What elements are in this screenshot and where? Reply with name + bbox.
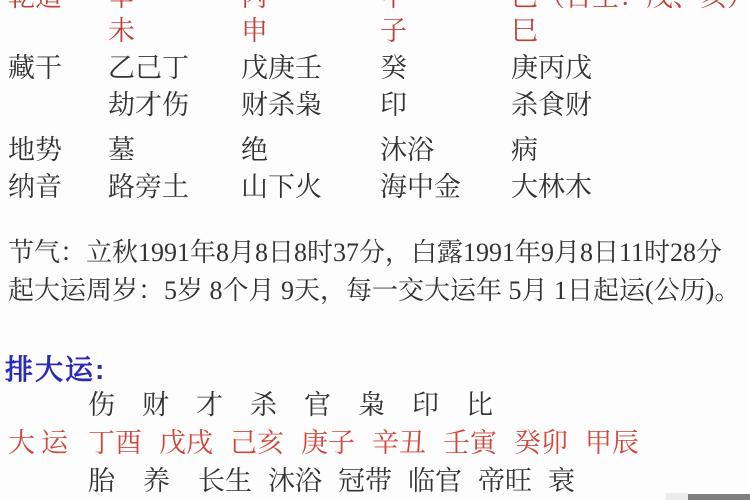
ten-gods-day: 印 [377,87,508,124]
dayun-ten-god: 官 [304,390,331,420]
hidden-stems-hour: 庚丙戊 [508,50,750,87]
dayun-ten-god: 才 [196,390,223,420]
day-stem: 甲 [377,0,508,13]
hidden-stems-year: 乙己丁 [105,50,238,87]
year-stem: 辛 [105,0,238,13]
dayun-stage: 长生 [198,466,252,496]
progress-bar-fragment [688,494,750,500]
row-label-nayin: 纳音 [8,169,105,206]
hidden-stems-row: 藏干 乙己丁 戊庚壬 癸 庚丙戊 [8,50,750,87]
nayin-month: 山下火 [238,169,377,206]
dayun-stage: 临官 [408,466,462,496]
dayun-stage: 胎 [88,466,115,496]
life-stage-month: 绝 [238,132,377,169]
nayin-hour: 大林木 [508,169,750,206]
dayun-stage: 衰 [548,466,575,496]
hour-branch: 巳 [508,13,750,50]
dayun-ten-gods-row: 伤财才杀官枭印比 [88,390,520,420]
luck-start-line: 起大运周岁：5岁 8个月 9天，每一交大运年 5月 1日起运(公历)。 [8,272,750,310]
row-label-hidden-stems: 藏干 [8,50,105,87]
dayun-pillar: 己亥 [230,428,284,458]
hour-stem: 己 [511,0,538,12]
ten-gods-row: 劫才伤 财杀枭 印 杀食财 [8,87,750,124]
dayun-pillar: 壬寅 [443,428,497,458]
life-stage-day: 沐浴 [377,132,508,169]
dayun-pillar: 戊戌 [159,428,213,458]
ten-gods-month: 财杀枭 [238,87,377,124]
stems-row-label: 乾造 [8,0,105,13]
dayun-pillar: 癸卯 [514,428,568,458]
dayun-pillar: 甲辰 [585,428,639,458]
dayun-stage: 冠带 [338,466,392,496]
dayun-pillar: 辛丑 [372,428,426,458]
year-branch: 未 [105,13,238,50]
dayun-stage: 养 [143,466,170,496]
dayun-ten-god: 枭 [358,390,385,420]
ten-gods-hour: 杀食财 [508,87,750,124]
pillar-table: 乾造 辛 丙 甲 己（日空：戌、亥） 未 申 子 巳 藏干 乙己丁 戊庚壬 癸 … [8,0,750,206]
hidden-stems-day: 癸 [377,50,508,87]
nayin-day: 海中金 [377,169,508,206]
dayun-ten-god: 比 [466,390,493,420]
solar-terms-line: 节气：立秋1991年8月8日8时37分，白露1991年9月8日11时28分 [8,234,750,272]
dayun-pillars-row: 大运丁酉戊戌己亥庚子辛丑壬寅癸卯甲辰 [0,428,656,458]
month-stem: 丙 [238,0,377,13]
dayun-stage: 帝旺 [478,466,532,496]
hour-stem-and-note: 己（日空：戌、亥） [508,0,750,13]
dayun-pillar: 庚子 [301,428,355,458]
dayun-pillar-list: 丁酉戊戌己亥庚子辛丑壬寅癸卯甲辰 [88,428,656,458]
row-label-life-stage: 地势 [8,132,105,169]
nayin-row: 纳音 路旁土 山下火 海中金 大林木 [8,169,750,206]
dayun-pillar: 丁酉 [88,428,142,458]
progress-bar-stub [666,493,688,500]
stems-row-clipped: 乾造 辛 丙 甲 己（日空：戌、亥） [8,0,750,13]
solar-terms-paragraph: 节气：立秋1991年8月8日8时37分，白露1991年9月8日11时28分 起大… [8,234,750,310]
day-branch: 子 [377,13,508,50]
dayun-stage: 沐浴 [268,466,322,496]
branches-row: 未 申 子 巳 [8,13,750,50]
ten-gods-year: 劫才伤 [105,87,238,124]
month-branch: 申 [238,13,377,50]
dayun-row-label: 大运 [8,428,74,458]
life-stage-year: 墓 [105,132,238,169]
void-note: （日空：戌、亥） [538,0,750,12]
dayun-ten-god: 财 [142,390,169,420]
dayun-section-heading: 排大运: [5,348,106,388]
life-stage-row: 地势 墓 绝 沐浴 病 [8,132,750,169]
dayun-ten-god: 杀 [250,390,277,420]
dayun-ten-god: 印 [412,390,439,420]
bazi-chart-sheet: 乾造 辛 丙 甲 己（日空：戌、亥） 未 申 子 巳 藏干 乙己丁 戊庚壬 癸 … [0,0,750,500]
dayun-stages-row: 胎养长生沐浴冠带临官帝旺衰 [88,466,591,496]
dayun-ten-god: 伤 [88,390,115,420]
nayin-year: 路旁土 [105,169,238,206]
life-stage-hour: 病 [508,132,750,169]
hidden-stems-month: 戊庚壬 [238,50,377,87]
